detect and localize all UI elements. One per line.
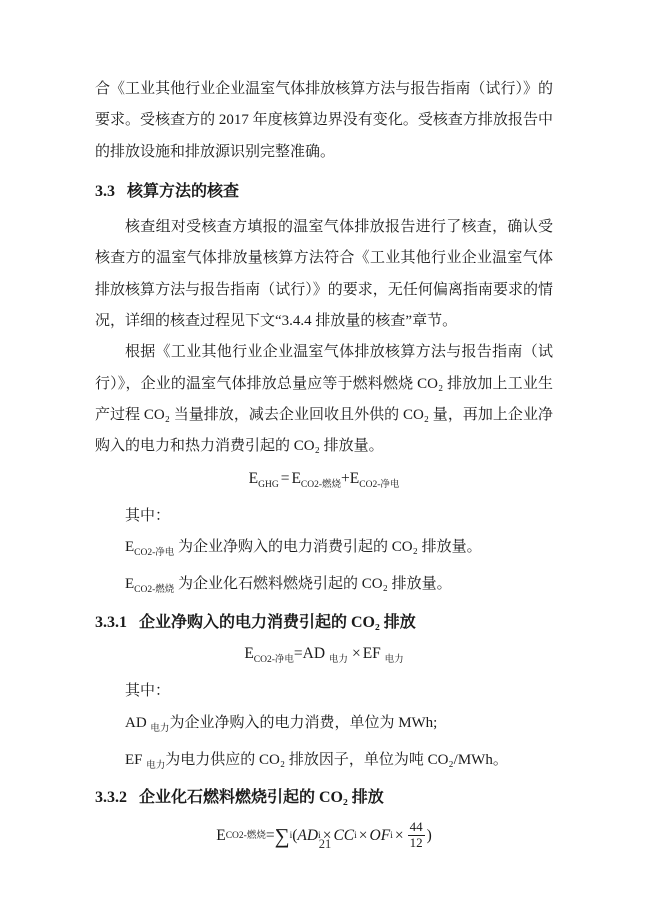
formula-net-electricity: ECO2-净电=AD 电力×EF 电力: [95, 638, 553, 676]
equals-sign: =: [279, 470, 292, 487]
paragraph-accounting-basis: 根据《工业其他行业企业温室气体排放核算方法与报告指南（试行）》，企业的温室气体排…: [95, 337, 553, 462]
page-content: 合《工业其他行业企业温室气体排放核算方法与报告指南（试行）》的要求。受核查方的 …: [95, 74, 553, 858]
formula-term-e: E: [350, 470, 359, 487]
label-where-2: 其中：: [95, 676, 553, 707]
section-3-3-1-heading: 3.3.1 企业净购入的电力消费引起的 CO₂ 排放: [95, 607, 553, 638]
equals-sign: =: [294, 645, 303, 662]
formula-term-e: E: [244, 645, 253, 662]
page-number: 21: [0, 837, 650, 852]
definition-text: 为企业净购入的电力消费引起的 CO₂ 排放量。: [174, 539, 481, 555]
symbol-subscript-electricity: 电力: [146, 761, 165, 771]
formula-term-e: E: [291, 470, 300, 487]
formula-subscript-co2-combustion: CO2-燃烧: [301, 480, 341, 490]
formula-subscript-ghg: GHG: [258, 480, 279, 490]
definition-text: 为企业化石燃料燃烧引起的 CO₂ 排放量。: [174, 576, 451, 592]
symbol-e: E: [125, 576, 134, 592]
symbol-subscript-co2-combustion: CO2-燃烧: [134, 585, 174, 595]
paragraph-guide-requirements: 合《工业其他行业企业温室气体排放核算方法与报告指南（试行）》的要求。受核查方的 …: [95, 74, 553, 168]
formula-subscript-co2-net-electricity: CO2-净电: [254, 655, 294, 665]
formula-subscript-electricity: 电力: [329, 655, 350, 665]
document-page: 合《工业其他行业企业温室气体排放核算方法与报告指南（试行）》的要求。受核查方的 …: [0, 0, 650, 900]
formula-term-ef: EF: [363, 645, 381, 662]
definition-text: 为企业净购入的电力消费，单位为 MWh;: [169, 715, 437, 731]
fraction-numerator: 44: [408, 820, 425, 836]
formula-subscript-co2-net-electricity: CO2-净电: [359, 480, 399, 490]
definition-ad-electricity: AD 电力为企业净购入的电力消费，单位为 MWh;: [95, 708, 553, 745]
symbol-subscript-electricity: 电力: [150, 724, 169, 734]
plus-sign: +: [341, 470, 350, 487]
symbol-ef: EF: [125, 752, 143, 768]
symbol-ad: AD: [125, 715, 147, 731]
definition-e-combustion: ECO2-燃烧 为企业化石燃料燃烧引起的 CO₂ 排放量。: [95, 569, 553, 606]
paragraph-verification-method: 核查组对受核查方填报的温室气体排放报告进行了核查，确认受核查方的温室气体排放量核…: [95, 212, 553, 337]
multiply-sign: ×: [350, 645, 363, 662]
symbol-subscript-co2-net-electricity: CO2-净电: [134, 548, 174, 558]
symbol-e: E: [125, 539, 134, 555]
formula-term-ad: AD: [303, 645, 325, 662]
formula-ghg-total: EGHG=ECO2-燃烧+ECO2-净电: [95, 463, 553, 501]
section-3-3-2-heading: 3.3.2 企业化石燃料燃烧引起的 CO₂ 排放: [95, 782, 553, 813]
label-where-1: 其中：: [95, 501, 553, 532]
definition-text: 为电力供应的 CO₂ 排放因子，单位为吨 CO₂/MWh。: [165, 752, 508, 768]
definition-e-net-electricity: ECO2-净电 为企业净购入的电力消费引起的 CO₂ 排放量。: [95, 532, 553, 569]
formula-term-e: E: [249, 470, 258, 487]
section-3-3-heading: 3.3 核算方法的核查: [95, 176, 553, 207]
formula-subscript-electricity: 电力: [385, 655, 404, 665]
definition-ef-electricity: EF 电力为电力供应的 CO₂ 排放因子，单位为吨 CO₂/MWh。: [95, 745, 553, 782]
